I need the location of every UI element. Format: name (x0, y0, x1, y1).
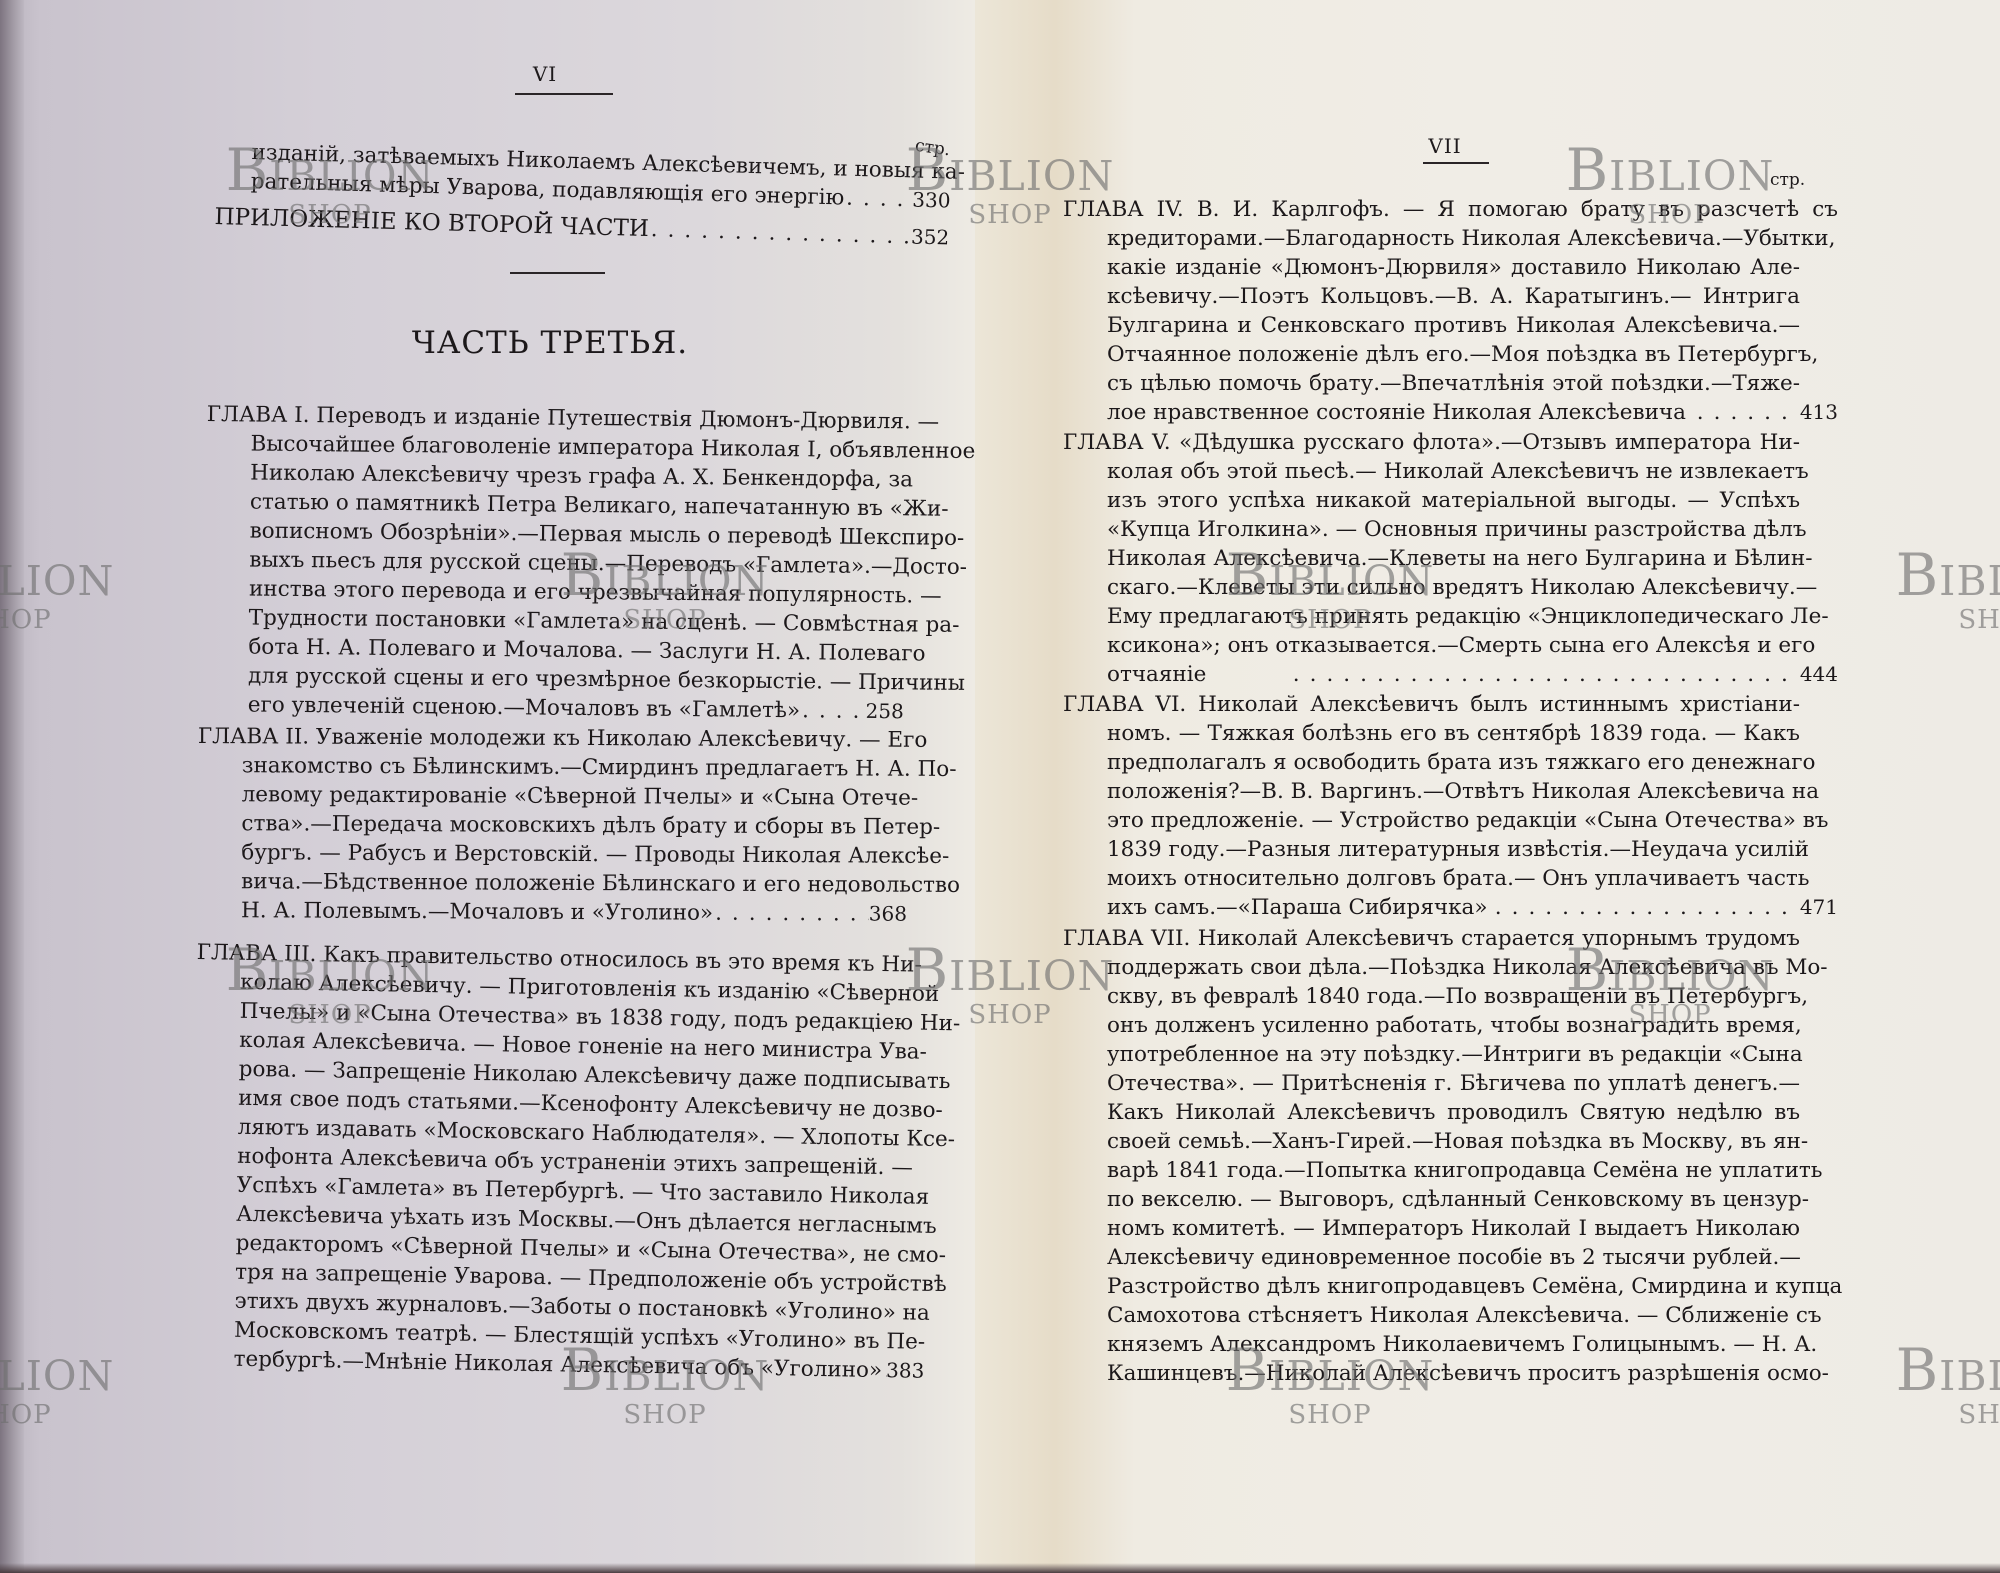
folio-rule (1423, 162, 1489, 164)
page-column-label: стр. (1770, 170, 1805, 190)
folio-rule (515, 93, 613, 95)
leader-dots: .............................. (1206, 660, 1799, 689)
right-page: VII стр. ГЛАВА IV. В. И. Карлгофъ. — Я п… (975, 0, 2000, 1573)
book-edge (0, 0, 24, 1573)
toc-chapter-7: ГЛАВА VII. Николай Алексѣевичъ старается… (1063, 924, 1838, 1388)
toc-chapter-5: ГЛАВА V. «Дѣдушка русскаго флота».—Отзыв… (1063, 428, 1838, 689)
page-ref: 258 (865, 697, 903, 726)
page-number-right: VII (1405, 134, 1485, 158)
leader-dots: .......... (800, 696, 866, 726)
page-ref: 383 (886, 1356, 925, 1386)
page-ref: 471 (1800, 893, 1838, 922)
page-ref: 413 (1800, 398, 1838, 427)
toc-chapter-4: ГЛАВА IV. В. И. Карлгофъ. — Я помогаю бр… (1063, 195, 1838, 427)
toc-chapter-1: ГЛАВА I. Переводъ и изданіе Путешествія … (204, 400, 907, 726)
page-ref: 330 (912, 185, 951, 215)
book-bottom-edge (0, 1563, 2000, 1573)
toc-chapter-2: ГЛАВА II. Уваженіе молодежи къ Николаю А… (197, 722, 908, 929)
page-ref: 368 (869, 900, 907, 929)
page-ref: 352 (911, 219, 950, 254)
toc-line: ихъ самъ.—«Параша Сибирячка» ...........… (1063, 893, 1838, 922)
leader-dots: .......... (713, 899, 869, 929)
part-title: ЧАСТЬ ТРЕТЬЯ. (380, 325, 720, 361)
left-page: VI стр. изданій, затѣваемыхъ Николаемъ А… (0, 0, 975, 1573)
toc-chapter-6: ГЛАВА VI. Николай Алексѣевичъ былъ истин… (1063, 690, 1838, 922)
toc-line: его увлеченій сценою.—Мочаловъ въ «Гамле… (204, 690, 904, 726)
leader-dots: .................. (1488, 893, 1800, 922)
toc-line: лое нравственное состояніе Николая Алекс… (1063, 398, 1838, 427)
leader-dots: ...... (1686, 398, 1800, 427)
toc-line: Н. А. Полевымъ.—Мочаловъ и «Уголино» ...… (197, 896, 907, 929)
section-rule (510, 272, 605, 274)
leader-dots: .......... (844, 184, 913, 215)
page-number-left: VI (505, 62, 585, 86)
page-ref: 444 (1800, 660, 1838, 689)
leader-dots: .................... (648, 213, 911, 254)
toc-line: отчаяніе .............................. … (1063, 660, 1838, 689)
toc-chapter-3: ГЛАВА III. Какъ правительство относилось… (189, 938, 906, 1385)
